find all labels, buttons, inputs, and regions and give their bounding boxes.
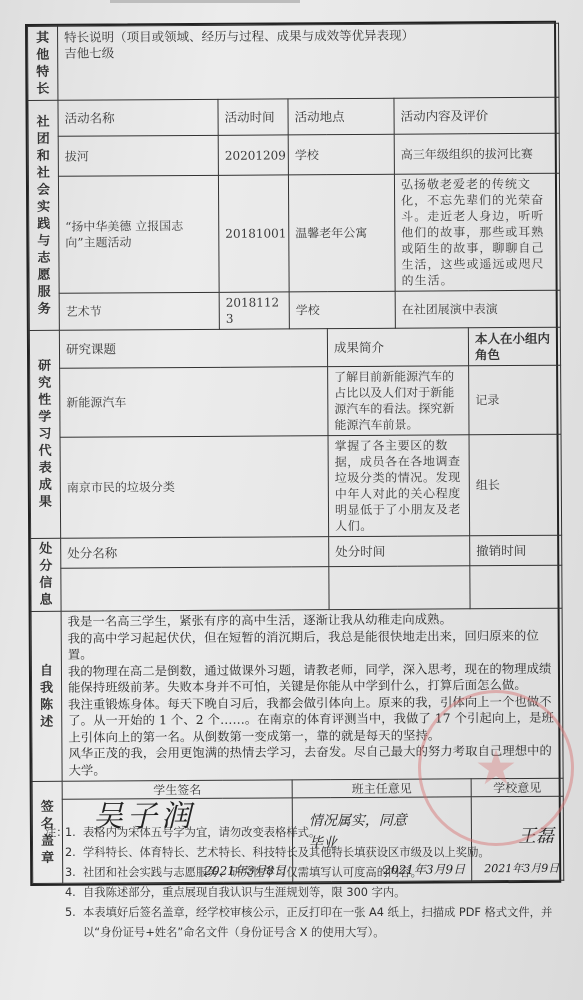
self-statement-paragraph: 我注重锻炼身体。每天下晚自习后，我都会做引体向上。原来的我，引体向上一个也做不了… [68, 693, 556, 745]
section-label-self-statement: 自 我 陈 述 [31, 611, 62, 781]
discipline-time-field[interactable] [329, 566, 470, 610]
research-topic[interactable]: 南京市民的垃圾分类 [60, 436, 329, 539]
other-talents-section: 其 他 特 长 特长说明（项目或领域、经历与过程、成果与成效等优异表现） 吉他七… [28, 23, 559, 100]
research-topic[interactable]: 新能源汽车 [60, 367, 328, 438]
section-label-discipline: 处 分 信 息 [31, 538, 61, 611]
research-row: 新能源汽车 了解目前新能源汽车的占比以及人们对于新能源汽车的看法。探究新能源汽车… [30, 365, 561, 437]
note-item: 2. 学科特长、体育特长、艺术特长、科技特长及其他特长填获设区市级及以上奖励。 [45, 843, 565, 863]
other-talents-cell[interactable]: 特长说明（项目或领域、经历与过程、成果与成效等优异表现） 吉他七级 [58, 23, 559, 100]
col-header-activity-time: 活动时间 [218, 99, 288, 135]
self-statement-section: 自 我 陈 述 我是一名高三学生，紧张有序的高中生活，逐渐让我从幼稚走向成熟。 … [31, 608, 563, 781]
activity-name[interactable]: “扬中华美德 立报国志向”主题活动 [58, 175, 219, 293]
self-statement-paragraph: 我的高中学习起起伏伏，但在短暂的消沉期后，我总是能很快地走出来，回归原来的位置。 [68, 627, 556, 663]
other-talents-value: 吉他七级 [64, 43, 552, 62]
self-statement-text[interactable]: 我是一名高三学生，紧张有序的高中生活，逐渐让我从幼稚走向成熟。 我的高中学习起起… [61, 608, 563, 781]
activity-time[interactable]: 20181123 [219, 292, 289, 329]
activity-place[interactable]: 温馨老年公寓 [288, 174, 395, 292]
research-role[interactable]: 组长 [469, 434, 562, 536]
col-header-activity-place: 活动地点 [288, 98, 394, 135]
activity-name[interactable]: 艺术节 [59, 292, 219, 330]
research-summary[interactable]: 掌握了各主要区的数据，成员各在各地调查垃圾分类的情况。发现中年人对此的关心程度明… [328, 435, 470, 537]
activity-content[interactable]: 在社团展演中表演 [395, 290, 560, 328]
discipline-row [31, 565, 562, 611]
discipline-header-row: 处 分 信 息 处分名称 处分时间 撤销时间 [31, 535, 562, 568]
social-practice-header-row: 社 团 和 社 会 实 践 与 志 愿 服 务 活动名称 活动时间 活动地点 活… [28, 97, 559, 136]
col-header-discipline-time: 处分时间 [329, 536, 470, 567]
activity-place[interactable]: 学校 [289, 291, 395, 329]
activity-time[interactable]: 20181001 [218, 175, 289, 292]
activity-name[interactable]: 拔河 [58, 135, 218, 176]
research-role[interactable]: 记录 [469, 365, 561, 435]
discipline-revoke-field[interactable] [470, 565, 562, 609]
col-header-teacher-opinion: 班主任意见 [292, 779, 471, 798]
note-item: 5. 本表填好后签名盖章，经学校审核公示，正反打印在一张 A4 纸上，扫描成 P… [45, 903, 565, 943]
student-profile-form: 其 他 特 长 特长说明（项目或领域、经历与过程、成果与成效等优异表现） 吉他七… [25, 21, 561, 886]
discipline-name-field[interactable] [61, 567, 329, 612]
activity-time[interactable]: 20201209 [218, 135, 288, 175]
notes-lead: 注： [45, 823, 65, 843]
section-label-research: 研 究 性 学 习 代 表 成 果 [29, 330, 60, 538]
activity-content[interactable]: 弘扬敬老爱老的传统文化，不忘先辈们的光荣奋斗。走近老人身边，听听他们的故事，那些… [394, 173, 560, 291]
note-item: 注： 1. 表格内为宋体五号字为宜，请勿改变表格样式。 [45, 823, 565, 843]
col-header-school-opinion: 学校意见 [471, 778, 563, 797]
section-label-other-talents: 其 他 特 长 [28, 26, 58, 100]
col-header-research-summary: 成果简介 [327, 328, 468, 367]
self-statement-paragraph: 风华正茂的我，会用更饱满的热情去学习，去奋发。尽自己最大的努力考取自己理想中的大… [68, 743, 556, 779]
research-summary[interactable]: 了解目前新能源汽车的占比以及人们对于新能源汽车的看法。探究新能源汽车前景。 [328, 366, 469, 436]
col-header-discipline-name: 处分名称 [61, 537, 329, 569]
col-header-research-topic: 研究课题 [59, 329, 327, 369]
research-header-row: 研 究 性 学 习 代 表 成 果 研究课题 成果简介 本人在小组内角色 [29, 327, 560, 368]
paper-top-edge [110, 0, 300, 3]
activity-place[interactable]: 学校 [288, 134, 394, 175]
activity-row: 拔河 20201209 学校 高三年级组织的拔河比赛 [28, 133, 559, 176]
research-row: 南京市民的垃圾分类 掌握了各主要区的数据，成员各在各地调查垃圾分类的情况。发现中… [30, 434, 562, 538]
col-header-revoke-time: 撤销时间 [470, 535, 562, 566]
activity-row: 艺术节 20181123 学校 在社团展演中表演 [29, 290, 560, 330]
col-header-activity-name: 活动名称 [58, 99, 218, 136]
activity-row: “扬中华美德 立报国志向”主题活动 20181001 温馨老年公寓 弘扬敬老爱老… [28, 173, 560, 293]
col-header-student-signature: 学生签名 [62, 780, 292, 799]
note-item: 3. 社团和社会实践与志愿服务、研究性学习仅需填写认可度高的内容。 [45, 863, 565, 883]
col-header-research-role: 本人在小组内角色 [468, 327, 560, 366]
form-notes: 注： 1. 表格内为宋体五号字为宜，请勿改变表格样式。 2. 学科特长、体育特长… [45, 823, 565, 943]
note-item: 4. 自我陈述部分，重点展现自我认识与生涯规划等，限 300 字内。 [45, 883, 565, 903]
col-header-activity-content: 活动内容及评价 [394, 97, 559, 134]
section-label-social-practice: 社 团 和 社 会 实 践 与 志 愿 服 务 [28, 100, 59, 330]
self-statement-paragraph: 我的物理在高二是倒数，通过做课外习题，请教老师，同学，深入思考，现在的物理成绩能… [68, 660, 556, 696]
student-signature: 吴子润 [69, 800, 286, 825]
activity-content[interactable]: 高三年级组织的拔河比赛 [394, 133, 559, 174]
